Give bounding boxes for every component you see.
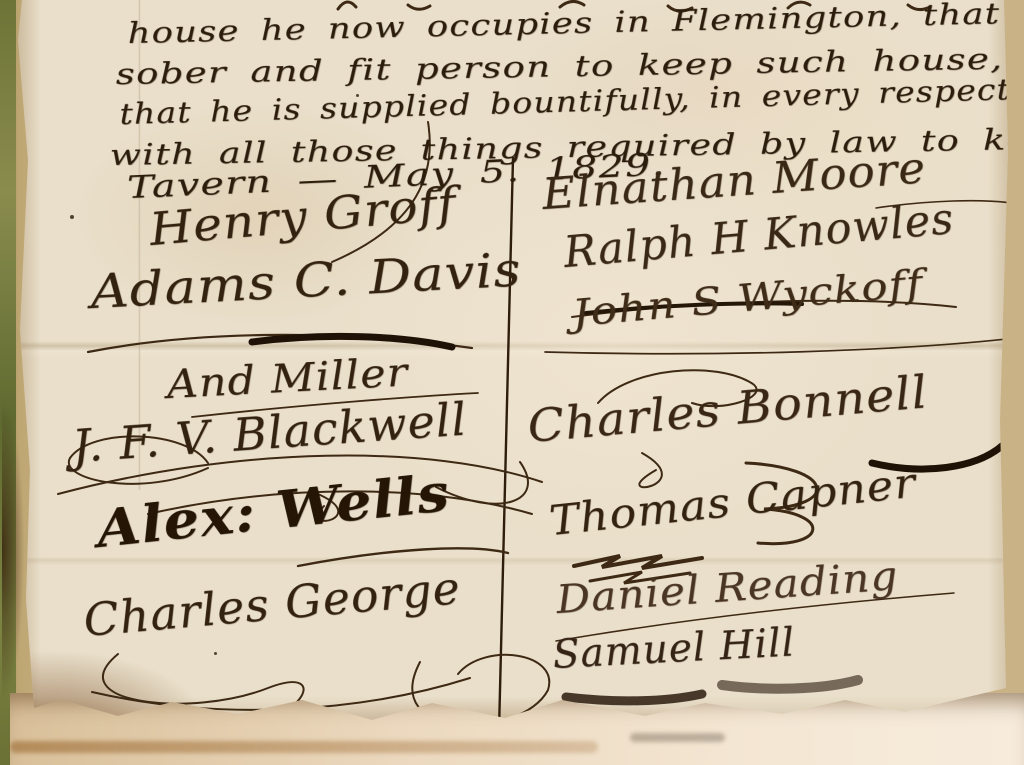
left-edge-shadow: [2, 380, 42, 720]
wells-underline: [298, 548, 508, 566]
bonnell-mid-flourish: [639, 453, 662, 487]
capner-zigzag-1: [574, 556, 702, 568]
hill-smudge-1: [566, 694, 702, 701]
petition-page: house he now occupies in Flemington, tha…: [0, 0, 1024, 765]
wyckoff-cross-line: [545, 338, 1016, 354]
davis-heavy-swash: [252, 336, 452, 347]
under-sheet-smudge: [630, 733, 725, 742]
document-photo: house he now occupies in Flemington, tha…: [0, 0, 1024, 765]
under-sheet-stain: [10, 741, 598, 753]
hill-smudge-2: [722, 680, 858, 689]
